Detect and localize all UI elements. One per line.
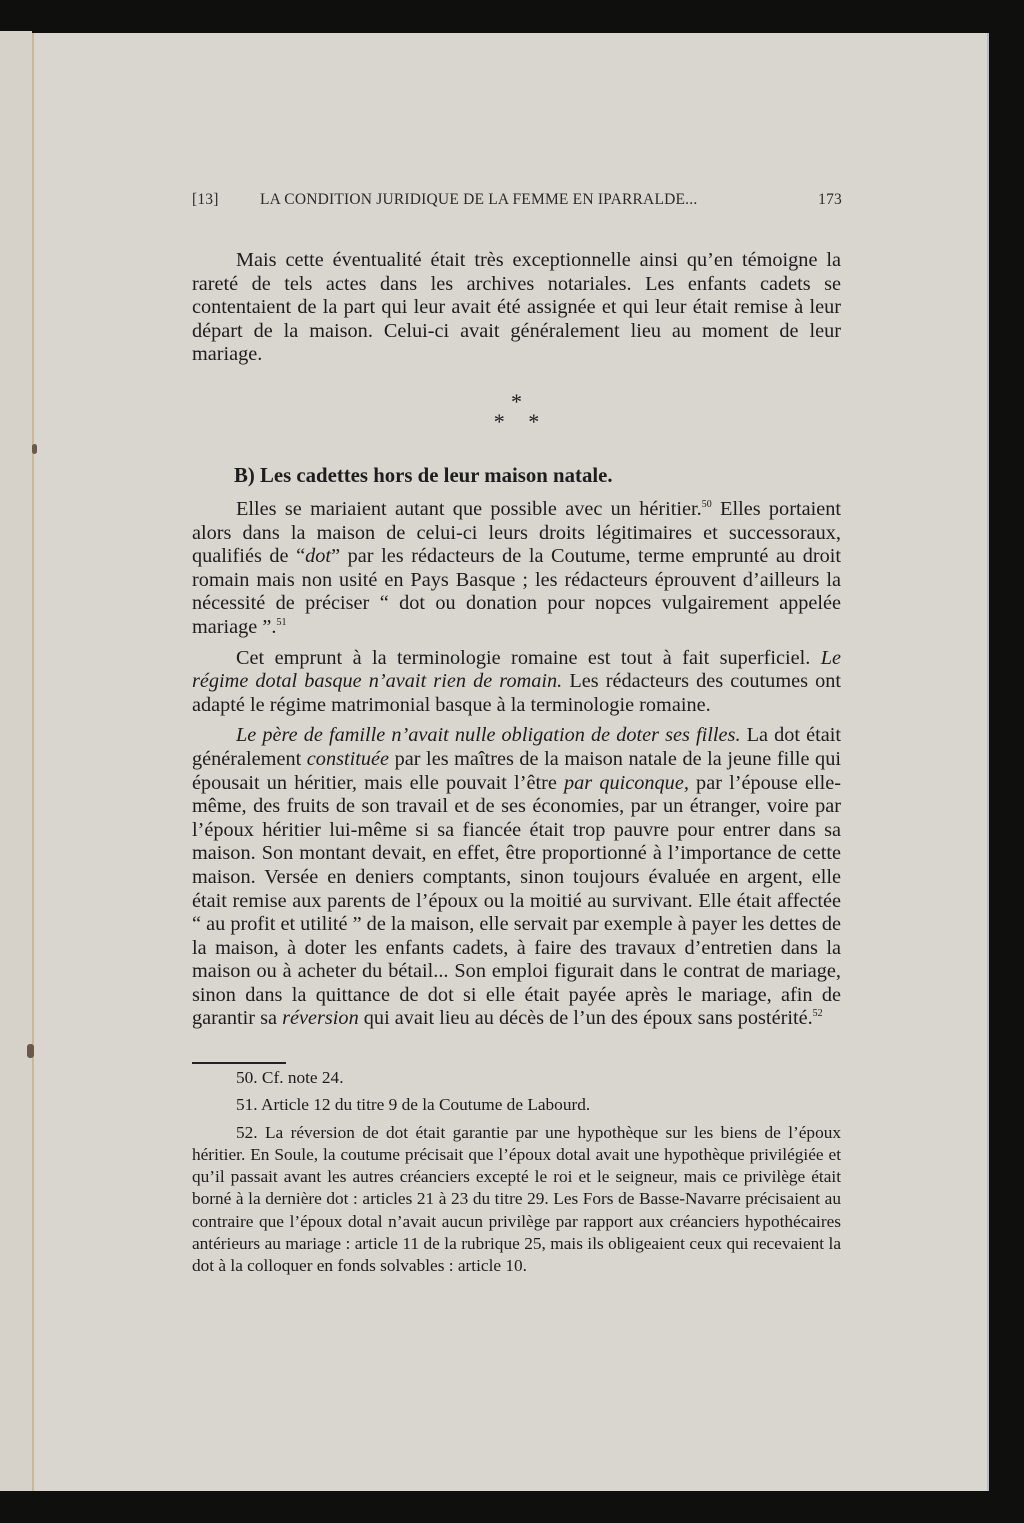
paper-blemish [27, 1044, 34, 1058]
body-text: Mais cette éventualité était très except… [192, 249, 841, 367]
running-title: LA CONDITION JURIDIQUE DE LA FEMME EN IP… [260, 191, 818, 209]
paragraph-1: Mais cette éventualité était très except… [192, 249, 841, 367]
facing-page-edge [0, 31, 32, 1491]
footnotes: 50. Cf. note 24. 51. Article 12 du titre… [192, 1067, 841, 1278]
paper-blemish [32, 444, 37, 454]
body-text-section-b: Elles se mariaient autant que possible a… [192, 498, 841, 1031]
footnote-ref-52[interactable]: 52 [813, 1008, 823, 1019]
paragraph-3: Cet emprunt à la terminologie romaine es… [192, 647, 841, 718]
page-number: 173 [818, 191, 842, 209]
asterisk-pair-icon: * * [192, 412, 841, 432]
footnote-ref-50[interactable]: 50 [702, 499, 712, 510]
paragraph-2: Elles se mariaient autant que possible a… [192, 498, 841, 640]
running-head: [13] LA CONDITION JURIDIQUE DE LA FEMME … [192, 191, 842, 209]
paragraph-4: Le père de famille n’avait nulle obligat… [192, 724, 841, 1031]
section-separator: * * * [192, 392, 841, 432]
section-number: [13] [192, 191, 260, 209]
footnote-52: 52. La réversion de dot était garantie p… [192, 1122, 841, 1278]
footnote-rule [192, 1062, 286, 1064]
footnote-ref-51[interactable]: 51 [276, 617, 286, 628]
footnote-51: 51. Article 12 du titre 9 de la Coutume … [192, 1094, 841, 1116]
section-heading: B) Les cadettes hors de leur maison nata… [234, 464, 613, 488]
footnote-50: 50. Cf. note 24. [192, 1067, 841, 1089]
